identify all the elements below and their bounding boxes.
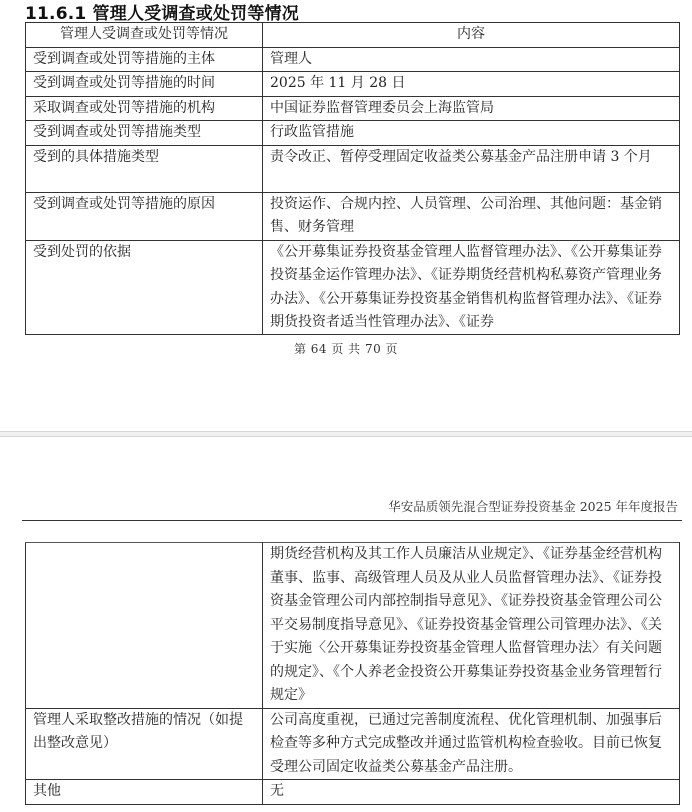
table-row: 受到调查或处罚等措施的原因 投资运作、合规内控、人员管理、公司治理、其他问题：基… bbox=[26, 192, 680, 240]
row-label: 采取调查或处罚等措施的机构 bbox=[26, 96, 263, 121]
table-row: 受到调查或处罚等措施的主体 管理人 bbox=[26, 47, 680, 72]
table-row: 其他 无 bbox=[26, 780, 680, 805]
row-value: 无 bbox=[263, 780, 680, 805]
row-label: 受到调查或处罚等措施类型 bbox=[26, 121, 263, 146]
table-row: 采取调查或处罚等措施的机构 中国证券监督管理委员会上海监管局 bbox=[26, 96, 680, 121]
row-label: 受到的具体措施类型 bbox=[26, 145, 263, 192]
table-row: 管理人采取整改措施的情况（如提出整改意见） 公司高度重视，已通过完善制度流程、优… bbox=[26, 708, 680, 780]
table-row: 受到调查或处罚等措施的时间 2025 年 11 月 28 日 bbox=[26, 72, 680, 97]
row-label: 其他 bbox=[26, 780, 263, 805]
running-header: 华安品质领先混合型证券投资基金 2025 年年度报告 bbox=[388, 497, 678, 515]
column-header-content: 内容 bbox=[263, 23, 680, 48]
row-label: 受到调查或处罚等措施的主体 bbox=[26, 47, 263, 72]
row-label: 受到调查或处罚等措施的时间 bbox=[26, 72, 263, 97]
row-label: 受到调查或处罚等措施的原因 bbox=[26, 192, 263, 240]
row-value-text: 《公开募集证券投资基金管理人监督管理办法》、《公开募集证券投资基金运作管理办法》… bbox=[270, 241, 672, 334]
investigation-table-part1: 管理人受调查或处罚等情况 内容 受到调查或处罚等措施的主体 管理人 受到调查或处… bbox=[25, 22, 680, 335]
document-page-64: 11.6.1 管理人受调查或处罚等情况 管理人受调查或处罚等情况 内容 受到调查… bbox=[0, 0, 692, 431]
row-label bbox=[26, 543, 263, 709]
column-header-situation: 管理人受调查或处罚等情况 bbox=[26, 23, 263, 48]
table-header-row: 管理人受调查或处罚等情况 内容 bbox=[26, 23, 680, 48]
row-value: 《公开募集证券投资基金管理人监督管理办法》、《公开募集证券投资基金运作管理办法》… bbox=[263, 240, 680, 334]
row-value: 行政监管措施 bbox=[263, 121, 680, 146]
section-title: 11.6.1 管理人受调查或处罚等情况 bbox=[25, 0, 299, 24]
row-value: 投资运作、合规内控、人员管理、公司治理、其他问题：基金销售、财务管理 bbox=[263, 192, 680, 240]
row-value: 期货经营机构及其工作人员廉洁从业规定》、《证券基金经营机构董事、监事、高级管理人… bbox=[263, 543, 680, 709]
header-divider bbox=[22, 520, 682, 521]
table-row: 受到的具体措施类型 责令改正、暂停受理固定收益类公募基金产品注册申请 3 个月 bbox=[26, 145, 680, 192]
row-label: 管理人采取整改措施的情况（如提出整改意见） bbox=[26, 708, 263, 780]
row-value: 2025 年 11 月 28 日 bbox=[263, 72, 680, 97]
table-row: 受到处罚的依据 《公开募集证券投资基金管理人监督管理办法》、《公开募集证券投资基… bbox=[26, 240, 680, 334]
row-value: 公司高度重视，已通过完善制度流程、优化管理机制、加强事后检查等多种方式完成整改并… bbox=[263, 708, 680, 780]
table-row: 受到调查或处罚等措施类型 行政监管措施 bbox=[26, 121, 680, 146]
row-value: 管理人 bbox=[263, 47, 680, 72]
row-value: 责令改正、暂停受理固定收益类公募基金产品注册申请 3 个月 bbox=[263, 145, 680, 192]
document-page-65: 华安品质领先混合型证券投资基金 2025 年年度报告 期货经营机构及其工作人员廉… bbox=[0, 437, 692, 812]
row-value: 中国证券监督管理委员会上海监管局 bbox=[263, 96, 680, 121]
investigation-table-part2: 期货经营机构及其工作人员廉洁从业规定》、《证券基金经营机构董事、监事、高级管理人… bbox=[25, 542, 680, 805]
page-number: 第 64 页 共 70 页 bbox=[0, 340, 692, 357]
row-label: 受到处罚的依据 bbox=[26, 240, 263, 334]
table-row: 期货经营机构及其工作人员廉洁从业规定》、《证券基金经营机构董事、监事、高级管理人… bbox=[26, 543, 680, 709]
